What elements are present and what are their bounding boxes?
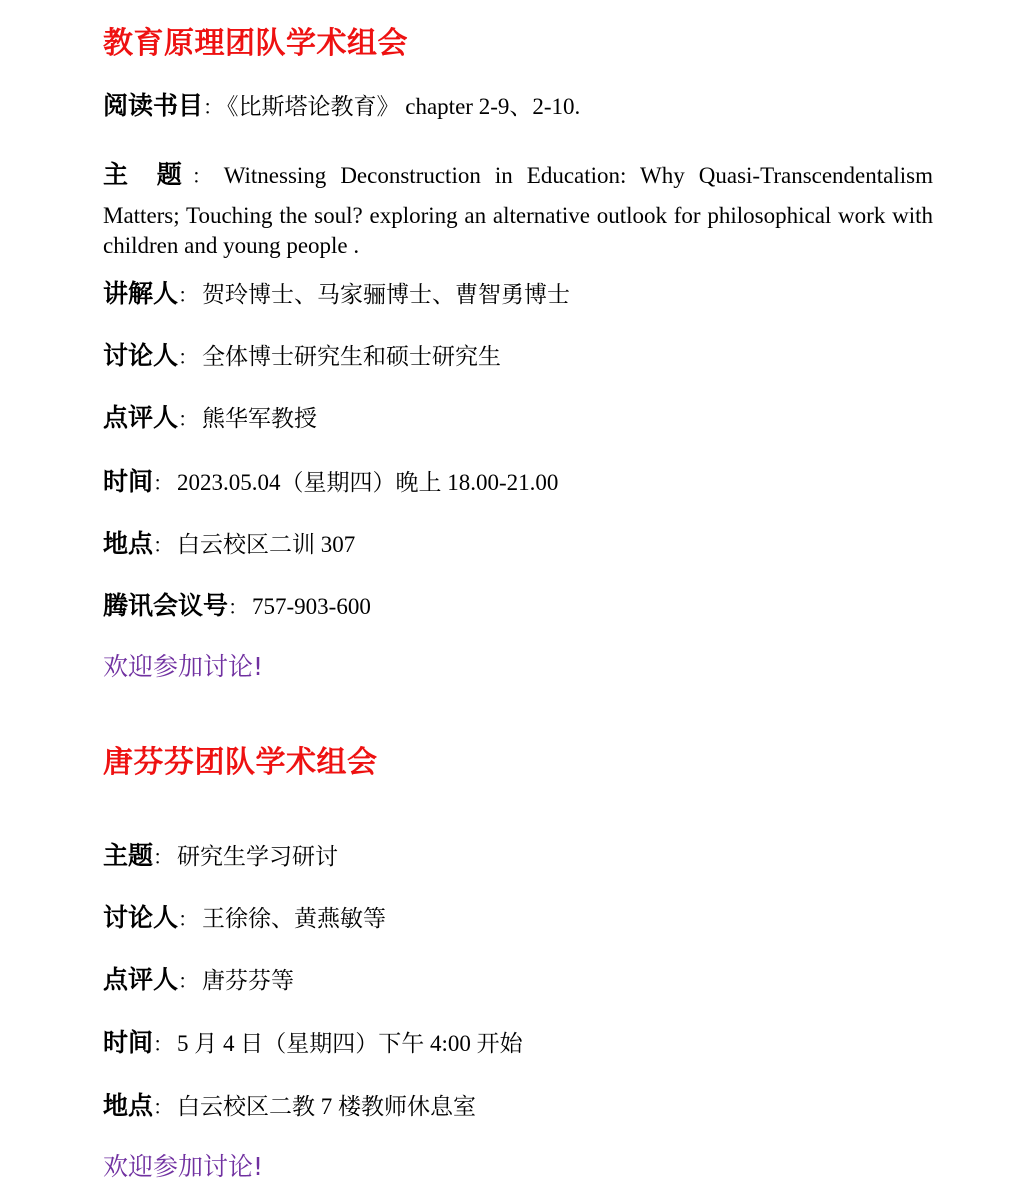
section2-discussants-row: 讨论人：王徐徐、黄燕敏等 <box>103 905 386 930</box>
reviewer-label: 点评人 <box>103 403 178 432</box>
discussants-value: 全体博士研究生和硕士研究生 <box>202 344 501 369</box>
theme-value: 研究生学习研讨 <box>177 844 338 869</box>
presenters-colon: ： <box>178 283 198 307</box>
location-label: 地点 <box>103 529 153 558</box>
location-colon: ： <box>153 1095 173 1119</box>
time-colon: ： <box>153 1032 173 1056</box>
section2-title: 唐芬芬团队学术组会 <box>103 748 378 778</box>
presenters-label: 讲解人 <box>103 279 178 308</box>
location-value: 白云校区二教 7 楼教师休息室 <box>177 1094 476 1119</box>
discussants-label: 讨论人 <box>103 903 178 932</box>
discussants-colon: ： <box>178 345 198 369</box>
reviewer-colon: ： <box>178 407 198 431</box>
section2-time-row: 时间：5 月 4 日（星期四）下午 4:00 开始 <box>103 1030 523 1055</box>
discussants-label: 讨论人 <box>103 341 178 370</box>
section1-reviewer-row: 点评人：熊华军教授 <box>103 405 317 430</box>
reading-colon: ： <box>203 95 223 119</box>
theme-colon: ： <box>153 845 173 869</box>
time-value: 2023.05.04（星期四）晚上 18.00-21.00 <box>177 470 558 495</box>
time-colon: ： <box>153 471 173 495</box>
section1-welcome: 欢迎参加讨论! <box>103 654 263 679</box>
discussants-value: 王徐徐、黄燕敏等 <box>202 906 386 931</box>
theme-text-line1: Witnessing Deconstruction in Education: … <box>224 163 933 189</box>
meeting-id-colon: ： <box>228 595 248 619</box>
theme-label: 主 题 <box>103 155 192 191</box>
reviewer-label: 点评人 <box>103 965 178 994</box>
location-label: 地点 <box>103 1091 153 1120</box>
meeting-id-label: 腾讯会议号 <box>103 591 228 620</box>
section1-presenters-row: 讲解人：贺玲博士、马家骊博士、曹智勇博士 <box>103 281 570 306</box>
section1-reading-row: 阅读书目：《比斯塔论教育》 chapter 2-9、2-10. <box>103 93 580 118</box>
time-label: 时间 <box>103 467 153 496</box>
discussants-colon: ： <box>178 907 198 931</box>
section1-discussants-row: 讨论人：全体博士研究生和硕士研究生 <box>103 343 501 368</box>
section2-theme-row: 主题：研究生学习研讨 <box>103 843 338 868</box>
section2-welcome: 欢迎参加讨论! <box>103 1154 263 1179</box>
theme-label: 主题 <box>103 841 153 870</box>
presenters-value: 贺玲博士、马家骊博士、曹智勇博士 <box>202 282 570 307</box>
section1-meeting-id-row: 腾讯会议号：757-903-600 <box>103 593 371 618</box>
reviewer-colon: ： <box>178 969 198 993</box>
reviewer-value: 唐芬芬等 <box>202 968 294 993</box>
time-label: 时间 <box>103 1028 153 1057</box>
reading-value: 《比斯塔论教育》 chapter 2-9、2-10. <box>227 94 580 119</box>
section1-location-row: 地点：白云校区二训 307 <box>103 531 355 556</box>
location-colon: ： <box>153 533 173 557</box>
section1-theme-block: 主 题： Witnessing Deconstruction in Educat… <box>103 155 933 261</box>
theme-colon: ： <box>192 160 212 189</box>
reviewer-value: 熊华军教授 <box>202 406 317 431</box>
time-value: 5 月 4 日（星期四）下午 4:00 开始 <box>177 1031 523 1056</box>
section1-title: 教育原理团队学术组会 <box>103 29 408 59</box>
meeting-id-value: 757-903-600 <box>252 594 371 619</box>
section2-location-row: 地点：白云校区二教 7 楼教师休息室 <box>103 1093 476 1118</box>
reading-label: 阅读书目 <box>103 91 203 120</box>
section1-time-row: 时间：2023.05.04（星期四）晚上 18.00-21.00 <box>103 469 558 494</box>
section2-reviewer-row: 点评人：唐芬芬等 <box>103 967 294 992</box>
location-value: 白云校区二训 307 <box>177 532 355 557</box>
theme-text-rest: Matters; Touching the soul? exploring an… <box>103 201 933 261</box>
